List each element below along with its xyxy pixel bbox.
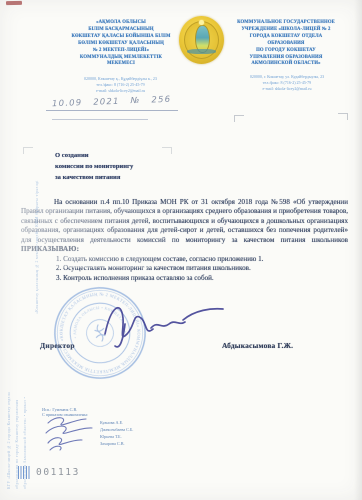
subject-line: комиссии по мониторингу bbox=[55, 161, 133, 172]
corner-mark bbox=[23, 147, 33, 154]
order-items: Создать комиссию в следующем составе, со… bbox=[21, 255, 348, 283]
org-name-russian: КОММУНАЛЬНОЕ ГОСУДАРСТВЕННОЕ УЧРЕЖДЕНИЕ … bbox=[223, 20, 349, 68]
acknowledged-name: Юрьева Т.Б. bbox=[100, 434, 133, 439]
org-name-kk-line: МЕКЕМЕСІ bbox=[47, 61, 195, 68]
org-name-kazakh: «АҚМОЛА ОБЛЫСЫ БІЛІМ БАСҚАРМАСЫНЫҢ КӨКШЕ… bbox=[47, 20, 195, 68]
scan-artifact-red-mark bbox=[6, 1, 22, 5]
paragraph-text: На основании п.4 пп.10 Приказа МОН РК от… bbox=[21, 198, 348, 244]
order-paragraph: На основании п.4 пп.10 Приказа МОН РК от… bbox=[21, 198, 348, 255]
order-item: Контроль исполнения приказа оставляю за … bbox=[56, 274, 348, 283]
signer-name: Абдыкасымова Г.Ж. bbox=[222, 341, 293, 350]
subject-line: О создании bbox=[55, 150, 133, 161]
corner-mark bbox=[234, 115, 244, 122]
order-word: ПРИКАЗЫВАЮ: bbox=[21, 245, 79, 253]
corner-mark bbox=[338, 113, 348, 120]
org-name-ru-line: ПО ГОРОДУ КОКШЕТАУ bbox=[223, 48, 349, 55]
org-name-kk-line: БІЛІМ БАСҚАРМАСЫНЫҢ bbox=[47, 27, 195, 34]
org-name-ru-line: АКМОЛИНСКОЙ ОБЛАСТИ» bbox=[223, 61, 349, 68]
corner-mark bbox=[162, 147, 172, 154]
org-name-ru-line: ОБРАЗОВАНИЯ bbox=[223, 41, 349, 48]
emblem-banner bbox=[187, 49, 216, 54]
scanned-order-document: «АҚМОЛА ОБЛЫСЫ БІЛІМ БАСҚАРМАСЫНЫҢ КӨКШЕ… bbox=[0, 0, 362, 500]
handwritten-date-number: 10.09 2021 № 256 bbox=[52, 95, 172, 110]
page-number-stamp: 001113 bbox=[36, 467, 80, 478]
acknowledged-name: Захарова С.В. bbox=[100, 441, 133, 446]
side-annotation-upper: «Көкшетау қаласының № 2 мектеп-лицейі» К… bbox=[33, 178, 42, 314]
org-name-kk-line: «АҚМОЛА ОБЛЫСЫ bbox=[47, 20, 195, 27]
org-name-ru-line: УЧРЕЖДЕНИЕ «ШКОЛА-ЛИЦЕЙ № 2 bbox=[223, 27, 349, 34]
address-block-kazakh: 020000, Көкшетау қ., Құдайбердіұлы к., 2… bbox=[58, 76, 183, 94]
registration-underline-2 bbox=[52, 119, 148, 120]
subject-line: за качеством питания bbox=[55, 172, 133, 183]
emblem-star bbox=[199, 20, 204, 25]
org-name-kk-line: КӨКШЕТАУ ҚАЛАСЫ БОЙЫНША БІЛІМ bbox=[47, 34, 195, 41]
position-label: Директор bbox=[40, 341, 75, 350]
org-name-kk-line: № 2 МЕКТЕП-ЛИЦЕЙІ» bbox=[47, 48, 195, 55]
acknowledged-name: Куанова А.Е. bbox=[100, 420, 133, 425]
acknowledged-name: Джексенбаева С.Б. bbox=[100, 427, 133, 432]
address-block-russian: 020000, г. Кокшетау, ул. Кудайбердыулы, … bbox=[228, 74, 346, 92]
org-name-ru-line: КОММУНАЛЬНОЕ ГОСУДАРСТВЕННОЕ bbox=[223, 20, 349, 27]
order-body: На основании п.4 пп.10 Приказа МОН РК от… bbox=[21, 198, 348, 283]
address-ru-line: e-mail: shkola-licey2@mail.ru bbox=[228, 86, 346, 92]
acknowledgement-signatures bbox=[42, 413, 104, 453]
side-annotation-lower: КГУ «Школа-лицей № 2 города Кокшетау отд… bbox=[5, 383, 31, 489]
org-name-kk-line: БӨЛІМІ КӨКШЕТАУ ҚАЛАСЫНЫҢ bbox=[47, 41, 195, 48]
order-item: Создать комиссию в следующем составе, со… bbox=[56, 255, 348, 264]
kazakhstan-coat-of-arms-icon bbox=[179, 16, 224, 64]
director-signature bbox=[95, 292, 240, 354]
org-name-ru-line: ГОРОДА КОКШЕТАУ ОТДЕЛА bbox=[223, 34, 349, 41]
order-subject: О создании комиссии по мониторингу за ка… bbox=[55, 150, 133, 184]
address-kk-line: e-mail: shkola-licey2@mail.ru bbox=[58, 88, 183, 94]
order-item: Осуществлять мониторинг за качеством пит… bbox=[56, 264, 348, 273]
registration-underline bbox=[46, 110, 178, 111]
